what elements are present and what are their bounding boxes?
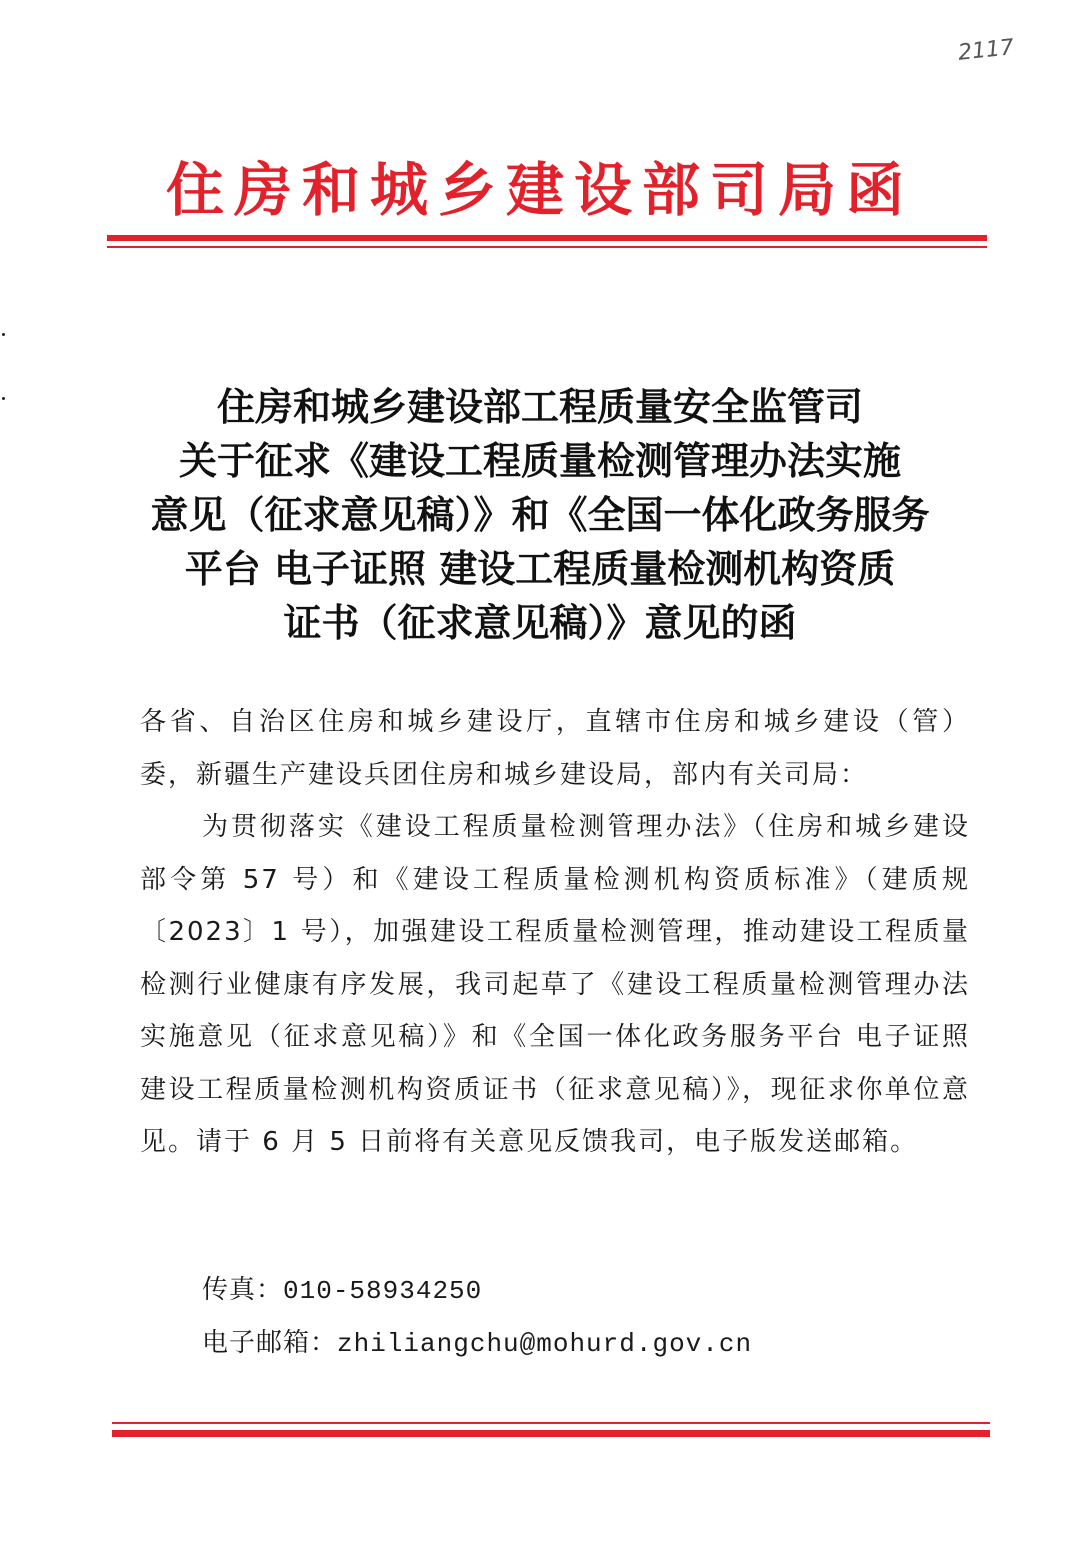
letterhead-thick-rule [107, 235, 987, 241]
fax-line: 传真：010-58934250 [202, 1264, 752, 1317]
document-title: 住房和城乡建设部工程质量安全监管司 关于征求《建设工程质量检测管理办法实施 意见… [0, 380, 1080, 650]
email-line: 电子邮箱：zhiliangchu@mohurd.gov.cn [202, 1317, 752, 1370]
title-line: 证书（征求意见稿）》意见的函 [0, 596, 1080, 650]
fax-value: 010-58934250 [283, 1276, 482, 1306]
salutation: 各省、自治区住房和城乡建设厅，直辖市住房和城乡建设（管）委，新疆生产建设兵团住房… [140, 696, 970, 801]
title-line: 意见（征求意见稿）》和《全国一体化政务服务 [0, 488, 1080, 542]
body-paragraph: 为贯彻落实《建设工程质量检测管理办法》（住房和城乡建设部令第 57 号）和《建设… [140, 801, 970, 1169]
footer-thin-rule [112, 1422, 990, 1424]
binding-hole-mark [2, 333, 5, 336]
footer-thick-rule [112, 1430, 990, 1437]
fax-label: 传真： [202, 1275, 283, 1305]
letter-body: 各省、自治区住房和城乡建设厅，直辖市住房和城乡建设（管）委，新疆生产建设兵团住房… [140, 696, 970, 1169]
title-line: 平台 电子证照 建设工程质量检测机构资质 [0, 542, 1080, 596]
letterhead-title: 住房和城乡建设部司局函 [0, 150, 1080, 230]
title-line: 关于征求《建设工程质量检测管理办法实施 [0, 434, 1080, 488]
contact-info: 传真：010-58934250 电子邮箱：zhiliangchu@mohurd.… [202, 1264, 752, 1370]
handwritten-page-number: 2117 [957, 35, 1015, 66]
letterhead-thin-rule [107, 246, 987, 248]
title-line: 住房和城乡建设部工程质量安全监管司 [0, 380, 1080, 434]
email-label: 电子邮箱： [202, 1328, 337, 1358]
email-value: zhiliangchu@mohurd.gov.cn [337, 1329, 752, 1359]
